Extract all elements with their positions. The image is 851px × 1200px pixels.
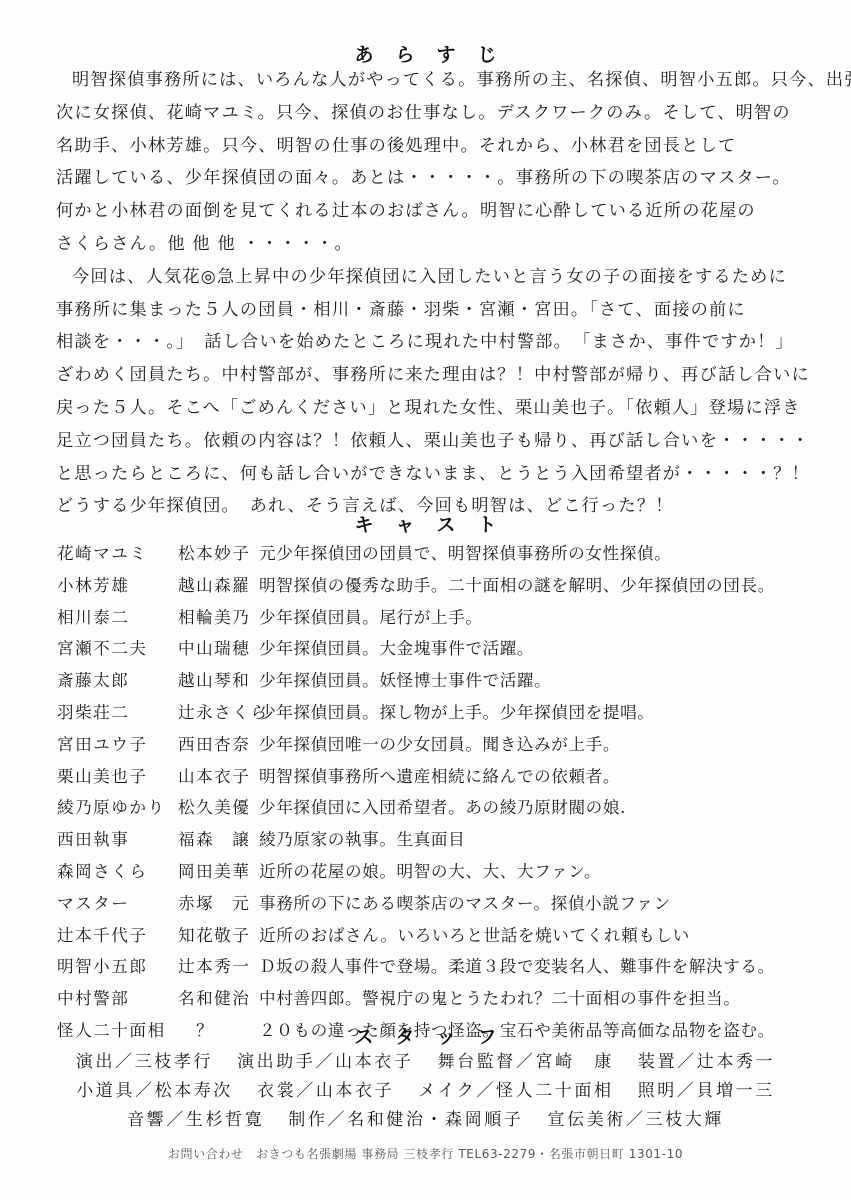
cast-row: 宮瀬不二夫中山瑞穂少年探偵団員。大金塊事件で活躍。 (57, 633, 827, 665)
cast-actor: 中山瑞穂 (178, 633, 259, 665)
cast-role: 斎藤太郎 (57, 665, 178, 697)
synopsis-line: 戻った５人。そこへ「ごめんください」と現れた女性、栗山美也子。「依頼人」登場に浮… (56, 392, 816, 425)
staff-credit: 音響／生杉哲寛 (127, 1110, 264, 1130)
synopsis-line: 明智探偵事務所には、いろんな人がやってくる。事務所の主、名探偵、明智小五郎。只今… (56, 64, 816, 97)
synopsis-body: 明智探偵事務所には、いろんな人がやってくる。事務所の主、名探偵、明智小五郎。只今… (56, 64, 816, 523)
cast-description: 綾乃原家の執事。生真面目 (259, 824, 827, 856)
cast-row: 宮田ユウ子西田杏奈少年探偵団唯一の少女団員。聞き込みが上手。 (57, 729, 827, 761)
cast-role: 宮田ユウ子 (57, 729, 178, 761)
cast-row: 斎藤太郎越山琴和少年探偵団員。妖怪博士事件で活躍。 (57, 665, 827, 697)
cast-description: 少年探偵団員。尾行が上手。 (259, 602, 827, 634)
cast-row: 西田執事福森 譲綾乃原家の執事。生真面目 (57, 824, 827, 856)
cast-actor: 赤塚 元 (178, 888, 259, 920)
cast-role: 明智小五郎 (57, 951, 178, 983)
cast-actor: 越山琴和 (178, 665, 259, 697)
cast-actor: 松本妙子 (178, 538, 259, 570)
synopsis-line: と思ったらところに、何も話し合いができないまま、とうとう入団希望者が・・・・・？… (56, 458, 816, 491)
synopsis-heading-text: あらすじ (332, 44, 518, 66)
staff-credit: 制作／名和健治・森岡順子 (288, 1110, 523, 1130)
staff-line: 小道具／松本寿次 衣裳／山本衣子 メイク／怪人二十面相 照明／貝増一三 (0, 1077, 851, 1106)
synopsis-line: 名助手、小林芳雄。只今、明智の仕事の後処理中。それから、小林君を団長として (56, 130, 816, 163)
staff-credit: 演出／三枝孝行 (76, 1052, 213, 1072)
staff-credit: 衣裳／山本衣子 (257, 1081, 394, 1101)
contact-info: お問い合わせ おきつも名張劇場 事務局 三枝孝行 TEL63-2279・名張市朝… (0, 1145, 851, 1162)
cast-actor: 福森 譲 (178, 824, 259, 856)
cast-actor: 岡田美華 (178, 856, 259, 888)
cast-role: 西田執事 (57, 824, 178, 856)
cast-description: 明智探偵の優秀な助手。二十面相の謎を解明、少年探偵団の団長。 (259, 570, 827, 602)
cast-role: 相川泰二 (57, 602, 178, 634)
cast-row: 相川泰二相輪美乃少年探偵団員。尾行が上手。 (57, 602, 827, 634)
cast-role: 辻本千代子 (57, 920, 178, 952)
cast-description: 少年探偵団に入団希望者。あの綾乃原財閥の娘. (259, 792, 827, 824)
cast-row: 辻本千代子知花敬子近所のおばさん。いろいろと世話を焼いてくれ頼もしい (57, 920, 827, 952)
cast-description: 近所のおばさん。いろいろと世話を焼いてくれ頼もしい (259, 920, 827, 952)
cast-row: 森岡さくら岡田美華近所の花屋の娘。明智の大、大、大ファン。 (57, 856, 827, 888)
cast-actor: 知花敬子 (178, 920, 259, 952)
cast-actor: 名和健治 (178, 983, 259, 1015)
synopsis-line: 事務所に集まった５人の団員・相川・斎藤・羽柴・宮瀬・宮田。「さて、面接の前に (56, 294, 816, 327)
cast-role: 小林芳雄 (57, 570, 178, 602)
cast-actor: 松久美優 (178, 792, 259, 824)
cast-description: 明智探偵事務所へ遺産相続に絡んでの依頼者。 (259, 761, 827, 793)
synopsis-line: 活躍している、少年探偵団の面々。あとは・・・・・。事務所の下の喫茶店のマスター。 (56, 162, 816, 195)
cast-role: 栗山美也子 (57, 761, 178, 793)
cast-role: マスター (57, 888, 178, 920)
cast-row: 小林芳雄越山森羅明智探偵の優秀な助手。二十面相の謎を解明、少年探偵団の団長。 (57, 570, 827, 602)
staff-credit: 舞台監督／宮崎 康 (438, 1052, 614, 1072)
cast-role: 森岡さくら (57, 856, 178, 888)
cast-description: 少年探偵団員。大金塊事件で活躍。 (259, 633, 827, 665)
synopsis-line: 次に女探偵、花崎マユミ。只今、探偵のお仕事なし。デスクワークのみ。そして、明智の (56, 97, 816, 130)
cast-actor: 辻永さくら (178, 697, 259, 729)
cast-heading: キャスト (0, 510, 851, 537)
cast-description: 少年探偵団員。妖怪博士事件で活躍。 (259, 665, 827, 697)
cast-row: 綾乃原ゆかり松久美優少年探偵団に入団希望者。あの綾乃原財閥の娘. (57, 792, 827, 824)
cast-row: 栗山美也子山本衣子明智探偵事務所へ遺産相続に絡んでの依頼者。 (57, 761, 827, 793)
cast-description: 元少年探偵団の団員で、明智探偵事務所の女性探偵。 (259, 538, 827, 570)
cast-description: 事務所の下にある喫茶店のマスター。探偵小説ファン (259, 888, 827, 920)
cast-actor: 越山森羅 (178, 570, 259, 602)
staff-credit: 装置／辻本秀一 (638, 1052, 775, 1072)
cast-description: 近所の花屋の娘。明智の大、大、大ファン。 (259, 856, 827, 888)
synopsis-line: 足立つ団員たち。依頼の内容は？！依頼人、栗山美也子も帰り、再び話し合いを・・・・… (56, 425, 816, 458)
synopsis-line: さくらさん。他 他 他 ・・・・・。 (56, 228, 816, 261)
cast-actor: 山本衣子 (178, 761, 259, 793)
staff-credit: 小道具／松本寿次 (76, 1081, 233, 1101)
cast-row: 羽柴荘二辻永さくら少年探偵団員。探し物が上手。少年探偵団を提唱。 (57, 697, 827, 729)
staff-credits: 演出／三枝孝行 演出助手／山本衣子 舞台監督／宮崎 康 装置／辻本秀一 小道具／… (0, 1048, 851, 1135)
cast-row: マスター赤塚 元事務所の下にある喫茶店のマスター。探偵小説ファン (57, 888, 827, 920)
staff-line: 演出／三枝孝行 演出助手／山本衣子 舞台監督／宮崎 康 装置／辻本秀一 (0, 1048, 851, 1077)
cast-description: 少年探偵団唯一の少女団員。聞き込みが上手。 (259, 729, 827, 761)
synopsis-line: ざわめく団員たち。中村警部が、事務所に来た理由は？！中村警部が帰り、再び話し合い… (56, 359, 816, 392)
staff-credit: メイク／怪人二十面相 (418, 1081, 613, 1101)
cast-row: 花崎マユミ松本妙子元少年探偵団の団員で、明智探偵事務所の女性探偵。 (57, 538, 827, 570)
cast-row: 明智小五郎辻本秀一Ｄ坂の殺人事件で登場。柔道３段で変装名人、難事件を解決する。 (57, 951, 827, 983)
cast-heading-text: キャスト (332, 514, 518, 536)
cast-list: 花崎マユミ松本妙子元少年探偵団の団員で、明智探偵事務所の女性探偵。 小林芳雄越山… (57, 538, 827, 1047)
cast-role: 綾乃原ゆかり (57, 792, 178, 824)
staff-line: 音響／生杉哲寛 制作／名和健治・森岡順子 宣伝美術／三枝大輝 (0, 1106, 851, 1135)
cast-description: Ｄ坂の殺人事件で登場。柔道３段で変装名人、難事件を解決する。 (259, 951, 827, 983)
staff-credit: 宣伝美術／三枝大輝 (548, 1110, 724, 1130)
cast-description: 中村善四郎。警視庁の鬼とうたわれ？二十面相の事件を担当。 (259, 983, 827, 1015)
cast-actor: 辻本秀一 (178, 951, 259, 983)
synopsis-line: 今回は、人気花◎急上昇中の少年探偵団に入団したいと言う女の子の面接をするために (56, 261, 816, 294)
cast-role: 宮瀬不二夫 (57, 633, 178, 665)
cast-role: 花崎マユミ (57, 538, 178, 570)
staff-credit: 照明／貝増一三 (638, 1081, 775, 1101)
synopsis-line: 何かと小林君の面倒を見てくれる辻本のおばさん。明智に心酔している近所の花屋の (56, 195, 816, 228)
flyer-page: あらすじ 明智探偵事務所には、いろんな人がやってくる。事務所の主、名探偵、明智小… (0, 0, 851, 1200)
cast-actor: 西田杏奈 (178, 729, 259, 761)
staff-heading-text: スタッフ (332, 1026, 518, 1048)
cast-row: 中村警部名和健治中村善四郎。警視庁の鬼とうたわれ？二十面相の事件を担当。 (57, 983, 827, 1015)
cast-description: 少年探偵団員。探し物が上手。少年探偵団を提唱。 (259, 697, 827, 729)
synopsis-line: 相談を・・・。」 話し合いを始めたところに現れた中村警部。 「まさか、事件ですか… (56, 326, 816, 359)
cast-role: 中村警部 (57, 983, 178, 1015)
staff-credit: 演出助手／山本衣子 (237, 1052, 413, 1072)
cast-role: 羽柴荘二 (57, 697, 178, 729)
synopsis-heading: あらすじ (0, 40, 851, 67)
cast-actor: 相輪美乃 (178, 602, 259, 634)
staff-heading: スタッフ (0, 1022, 851, 1049)
